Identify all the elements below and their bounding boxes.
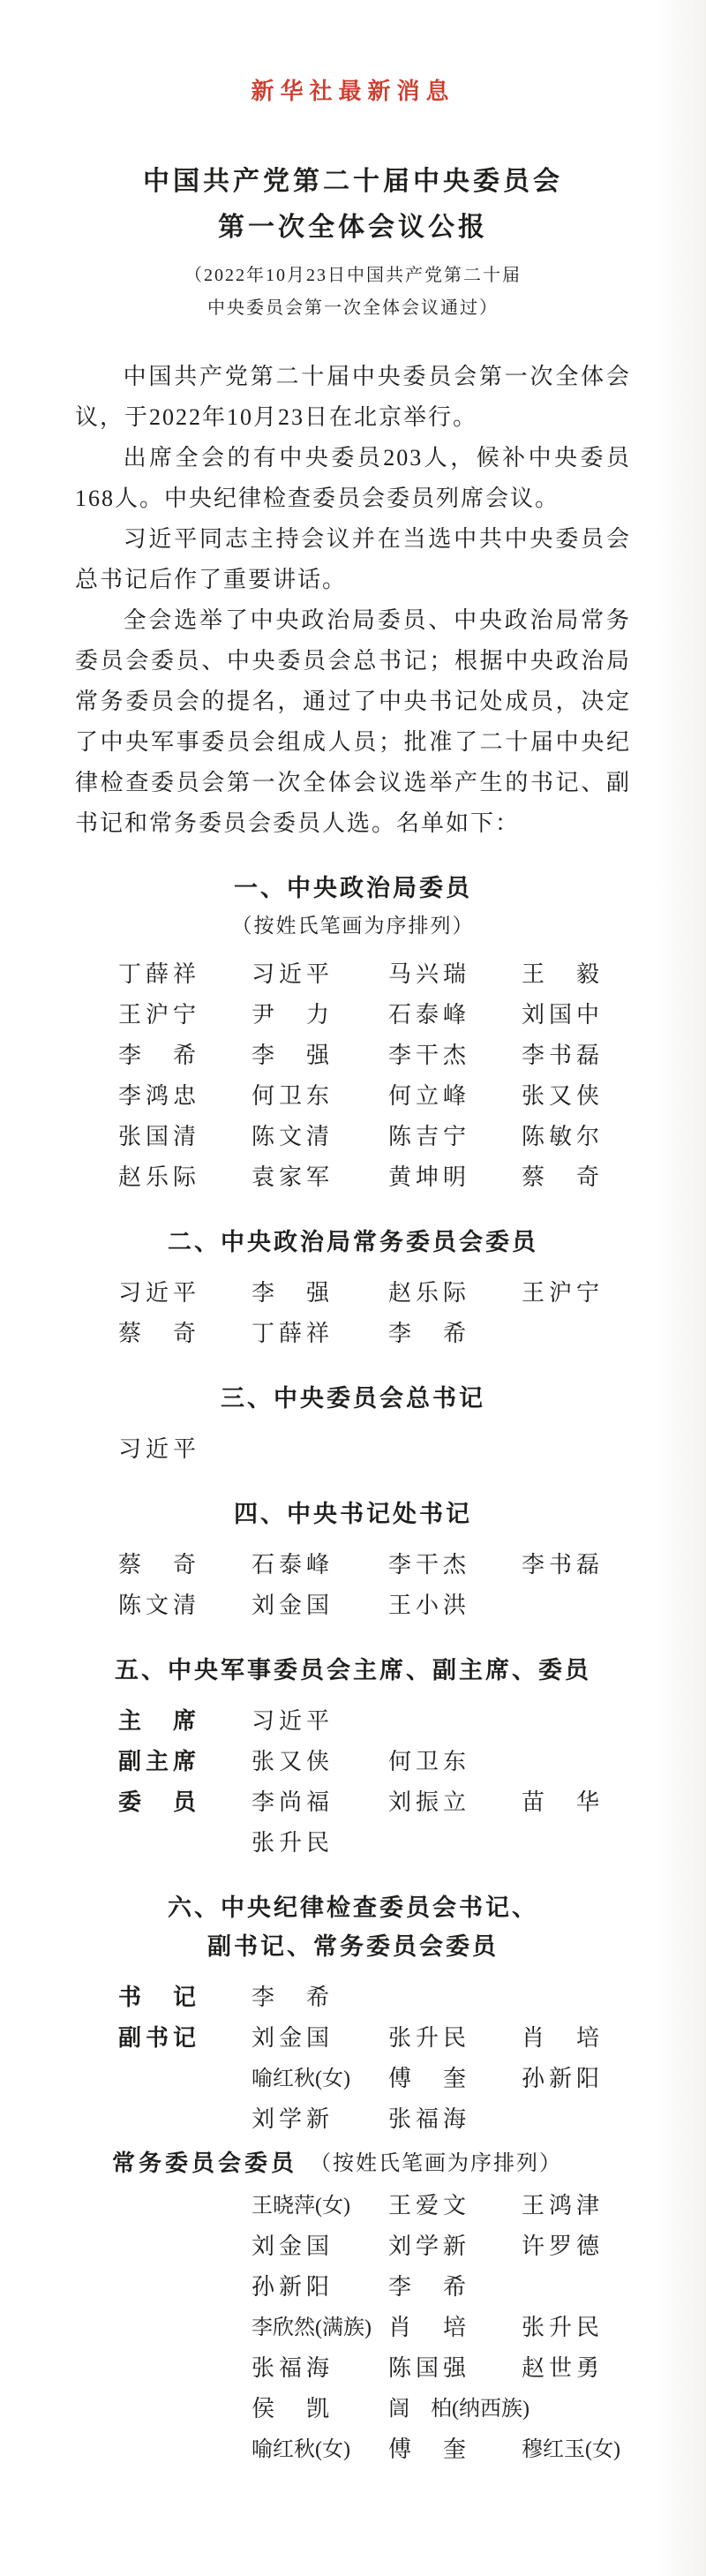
member-name: 何卫东: [388, 1742, 470, 1782]
member-name: 王爱文: [388, 2186, 470, 2226]
body-paragraphs: 中国共产党第二十届中央委员会第一次全体会议，于2022年10月23日在北京举行。…: [75, 357, 631, 844]
name-row: 蔡 奇石泰峰李干杰李书磊: [75, 1545, 631, 1586]
title-line-1: 中国共产党第二十届中央委员会: [75, 159, 631, 205]
member-name: 何卫东: [252, 1076, 334, 1117]
member-name: 习近平: [252, 954, 334, 995]
member-name: 喻红秋(女): [252, 2059, 350, 2099]
name-row: 副书记刘金国张升民肖 培: [75, 2018, 631, 2059]
member-name: 李鸿忠: [118, 1076, 200, 1117]
name-row: 张福海陈国强赵世勇: [75, 2348, 631, 2389]
name-list: 习近平李 强赵乐际王沪宁蔡 奇丁薛祥李 希: [75, 1273, 631, 1354]
member-name: 肖 培: [388, 2308, 470, 2348]
member-name: 李 希: [388, 2267, 470, 2308]
member-name: 王晓萍(女): [252, 2186, 350, 2226]
member-name: 肖 培: [522, 2018, 604, 2059]
member-name: 张福海: [388, 2099, 470, 2140]
role-label: 副书记: [118, 2018, 200, 2059]
member-name: 马兴瑞: [388, 954, 470, 995]
name-row: 书 记李 希: [75, 1977, 631, 2018]
communique-document-page: 新华社最新消息 中国共产党第二十届中央委员会 第一次全体会议公报 （2022年1…: [0, 0, 706, 2576]
member-name: 何立峰: [388, 1076, 470, 1117]
member-name: 李书磊: [522, 1545, 604, 1586]
member-name: 蔡 奇: [522, 1157, 604, 1198]
member-name: 刘振立: [388, 1782, 470, 1823]
member-name: 刘金国: [252, 2018, 334, 2059]
member-name: 傅 奎: [388, 2059, 470, 2099]
name-row: 副主席张又侠何卫东: [75, 1742, 631, 1782]
member-name: 丁薛祥: [252, 1314, 334, 1354]
member-name: 尹 力: [252, 995, 334, 1036]
name-list: 丁薛祥习近平马兴瑞王 毅王沪宁尹 力石泰峰刘国中李 希李 强李干杰李书磊李鸿忠何…: [75, 954, 631, 1198]
name-row: 孙新阳李 希: [75, 2267, 631, 2308]
section-heading: 一、中央政治局委员: [75, 869, 631, 908]
member-name: 王小洪: [388, 1586, 470, 1626]
title-line-2: 第一次全体会议公报: [75, 205, 631, 251]
member-name: 李干杰: [388, 1545, 470, 1586]
role-label: 委 员: [118, 1782, 200, 1823]
name-row: 丁薛祥习近平马兴瑞王 毅: [75, 954, 631, 995]
member-name: 陈文清: [252, 1117, 334, 1157]
member-name: 李欣然(满族): [252, 2308, 372, 2348]
kicker-xinhua-news: 新华社最新消息: [75, 76, 631, 108]
subtitle-line-2: 中央委员会第一次全体会议通过）: [75, 292, 631, 325]
member-name: 赵世勇: [522, 2348, 604, 2389]
name-row: 王晓萍(女)王爱文王鸿津: [75, 2186, 631, 2226]
member-name: 丁薛祥: [118, 954, 200, 995]
member-name: 袁家军: [252, 1157, 334, 1198]
member-name: 陈敏尔: [522, 1117, 604, 1157]
name-row: 张升民: [75, 1823, 631, 1864]
body-paragraph: 全会选举了中央政治局委员、中央政治局常务委员会委员、中央委员会总书记；根据中央政…: [75, 600, 631, 844]
member-name: 李 希: [118, 1036, 200, 1076]
member-name: 王沪宁: [118, 995, 200, 1036]
member-name: 李 希: [252, 1977, 334, 2018]
member-name: 黄坤明: [388, 1157, 470, 1198]
member-name: 孙新阳: [252, 2267, 334, 2308]
member-name: 石泰峰: [388, 995, 470, 1036]
section: 三、中央委员会总书记习近平: [75, 1379, 631, 1470]
body-paragraph: 出席全会的有中央委员203人，候补中央委员168人。中央纪律检查委员会委员列席会…: [75, 438, 631, 519]
name-row: 侯 凯訚 柏(纳西族): [75, 2389, 631, 2429]
section: 二、中央政治局常务委员会委员习近平李 强赵乐际王沪宁蔡 奇丁薛祥李 希: [75, 1223, 631, 1354]
body-paragraph: 中国共产党第二十届中央委员会第一次全体会议，于2022年10月23日在北京举行。: [75, 357, 631, 438]
member-name: 张福海: [252, 2348, 334, 2389]
name-row: 陈文清刘金国王小洪: [75, 1586, 631, 1626]
member-name: 张国清: [118, 1117, 200, 1157]
member-name: 李 希: [388, 1314, 470, 1354]
document-subtitle: （2022年10月23日中国共产党第二十届 中央委员会第一次全体会议通过）: [75, 260, 631, 325]
name-row: 刘学新张福海: [75, 2099, 631, 2140]
member-name: 苗 华: [522, 1782, 604, 1823]
section: 六、中央纪律检查委员会书记、副书记、常务委员会委员书 记李 希副书记刘金国张升民…: [75, 1888, 631, 2470]
member-name: 刘金国: [252, 2226, 334, 2267]
name-row: 习近平: [75, 1429, 631, 1470]
section: 五、中央军事委员会主席、副主席、委员主 席习近平副主席张又侠何卫东委 员李尚福刘…: [75, 1651, 631, 1864]
member-name: 习近平: [252, 1701, 334, 1742]
role-label: 副主席: [118, 1742, 200, 1782]
document-title: 中国共产党第二十届中央委员会 第一次全体会议公报: [75, 159, 631, 251]
member-name: 刘学新: [388, 2226, 470, 2267]
member-name: 王鸿津: [522, 2186, 604, 2226]
name-row: 喻红秋(女)傅 奎孙新阳: [75, 2059, 631, 2099]
name-list: 习近平: [75, 1429, 631, 1470]
member-name: 李书磊: [522, 1036, 604, 1076]
member-name: 傅 奎: [388, 2429, 470, 2470]
name-list: 主 席习近平副主席张又侠何卫东委 员李尚福刘振立苗 华张升民: [75, 1701, 631, 1864]
member-name: 孙新阳: [522, 2059, 604, 2099]
member-name: 张升民: [388, 2018, 470, 2059]
member-name: 穆红玉(女): [522, 2429, 620, 2470]
section-heading: 四、中央书记处书记: [75, 1495, 631, 1533]
subgroup-label: 常务委员会委员: [112, 2143, 297, 2184]
role-label: 主 席: [118, 1701, 200, 1742]
member-name: 蔡 奇: [118, 1545, 200, 1586]
member-name: 习近平: [118, 1273, 200, 1314]
name-row: 委 员李尚福刘振立苗 华: [75, 1782, 631, 1823]
member-name: 李 强: [252, 1036, 334, 1076]
subgroup-header-row: 常务委员会委员（按姓氏笔画为序排列）: [75, 2143, 631, 2186]
body-paragraph: 习近平同志主持会议并在当选中共中央委员会总书记后作了重要讲话。: [75, 519, 631, 600]
member-name: 张又侠: [252, 1742, 334, 1782]
section-heading: 五、中央军事委员会主席、副主席、委员: [75, 1651, 631, 1690]
name-row: 刘金国刘学新许罗德: [75, 2226, 631, 2267]
name-list-sections: 一、中央政治局委员（按姓氏笔画为序排列）丁薛祥习近平马兴瑞王 毅王沪宁尹 力石泰…: [75, 869, 631, 2470]
member-name: 王 毅: [522, 954, 604, 995]
member-name: 喻红秋(女): [252, 2429, 350, 2470]
section: 四、中央书记处书记蔡 奇石泰峰李干杰李书磊陈文清刘金国王小洪: [75, 1495, 631, 1626]
section-heading: 三、中央委员会总书记: [75, 1379, 631, 1418]
member-name: 赵乐际: [388, 1273, 470, 1314]
member-name: 陈文清: [118, 1586, 200, 1626]
member-name: 李干杰: [388, 1036, 470, 1076]
section-heading: 二、中央政治局常务委员会委员: [75, 1223, 631, 1262]
name-list: 书 记李 希副书记刘金国张升民肖 培喻红秋(女)傅 奎孙新阳刘学新张福海: [75, 1977, 631, 2140]
member-name: 陈吉宁: [388, 1117, 470, 1157]
name-row: 蔡 奇丁薛祥李 希: [75, 1314, 631, 1354]
member-name: 张升民: [522, 2308, 604, 2348]
name-row: 喻红秋(女)傅 奎穆红玉(女): [75, 2429, 631, 2470]
member-name: 张升民: [252, 1823, 334, 1864]
member-name: 许罗德: [522, 2226, 604, 2267]
name-row: 主 席习近平: [75, 1701, 631, 1742]
member-name: 刘金国: [252, 1586, 334, 1626]
name-row: 赵乐际袁家军黄坤明蔡 奇: [75, 1157, 631, 1198]
member-name: 刘国中: [522, 995, 604, 1036]
role-label: 书 记: [118, 1977, 200, 2018]
name-row: 王沪宁尹 力石泰峰刘国中: [75, 995, 631, 1036]
member-name: 訚 柏(纳西族): [388, 2389, 529, 2429]
member-name: 石泰峰: [252, 1545, 334, 1586]
member-name: 张又侠: [522, 1076, 604, 1117]
sort-order-note: （按姓氏笔画为序排列）: [75, 909, 631, 943]
member-name: 蔡 奇: [118, 1314, 200, 1354]
member-name: 侯 凯: [252, 2389, 334, 2429]
member-name: 陈国强: [388, 2348, 470, 2389]
section-heading: 六、中央纪律检查委员会书记、: [75, 1888, 631, 1927]
member-name: 刘学新: [252, 2099, 334, 2140]
name-row: 李欣然(满族)肖 培张升民: [75, 2308, 631, 2348]
sort-order-note: （按姓氏笔画为序排列）: [310, 2143, 562, 2184]
name-row: 张国清陈文清陈吉宁陈敏尔: [75, 1117, 631, 1157]
section: 一、中央政治局委员（按姓氏笔画为序排列）丁薛祥习近平马兴瑞王 毅王沪宁尹 力石泰…: [75, 869, 631, 1198]
name-list: 蔡 奇石泰峰李干杰李书磊陈文清刘金国王小洪: [75, 1545, 631, 1626]
name-row: 李鸿忠何卫东何立峰张又侠: [75, 1076, 631, 1117]
section-heading: 副书记、常务委员会委员: [75, 1927, 631, 1966]
member-name: 习近平: [118, 1429, 200, 1470]
name-row: 习近平李 强赵乐际王沪宁: [75, 1273, 631, 1314]
member-name: 李 强: [252, 1273, 334, 1314]
member-name: 赵乐际: [118, 1157, 200, 1198]
name-row: 李 希李 强李干杰李书磊: [75, 1036, 631, 1076]
member-name: 王沪宁: [522, 1273, 604, 1314]
member-name: 李尚福: [252, 1782, 334, 1823]
subtitle-line-1: （2022年10月23日中国共产党第二十届: [75, 260, 631, 292]
